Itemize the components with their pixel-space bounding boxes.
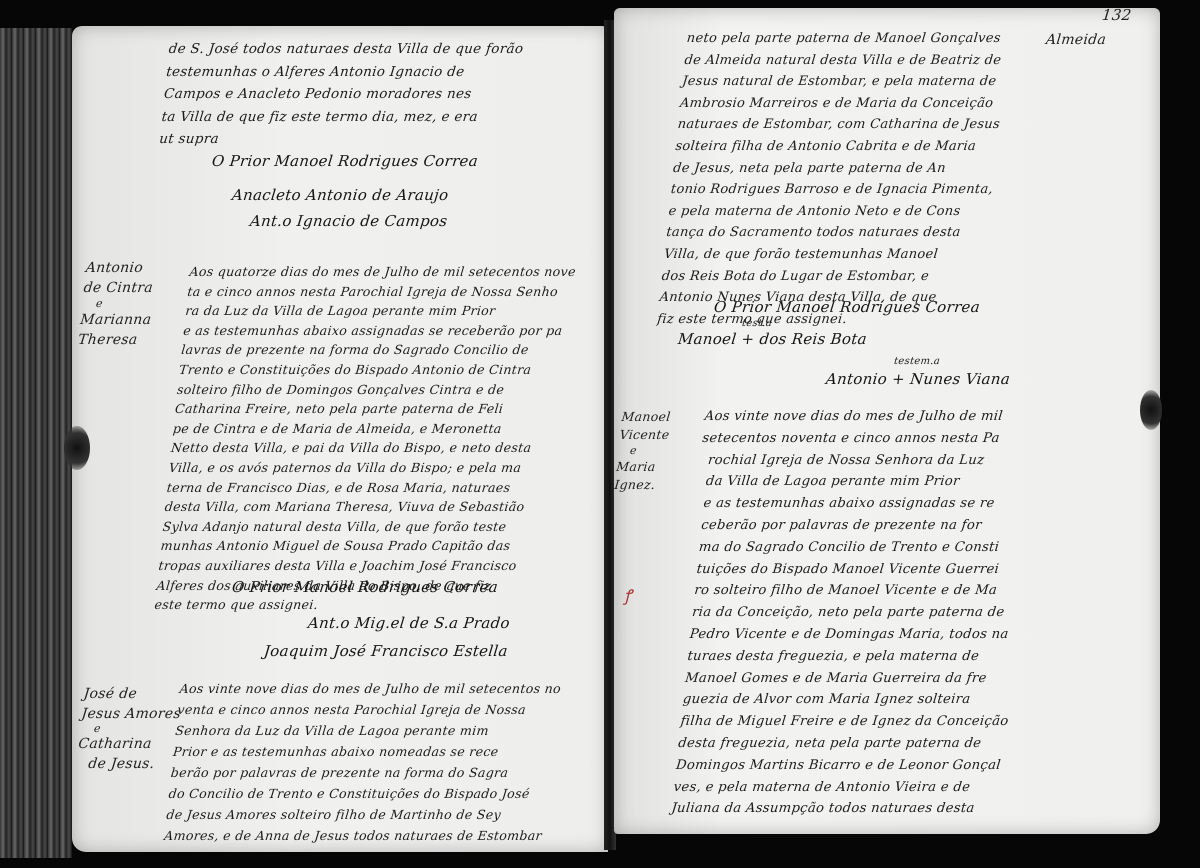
text-line: Catharina Freire, neto pela parte patern… (174, 399, 562, 419)
text-line: ria da Conceição, neto pela parte patern… (683, 602, 1021, 624)
signature: O Prior Manoel Rodrigues Correa (713, 298, 981, 316)
text-line: Aos vinte nove dias do mes de Julho de m… (703, 406, 1041, 428)
right-page: 132 Almeida neto pela parte paterna de M… (614, 8, 1160, 834)
text-line: Pedro Vicente e de Domingas Maria, todos… (681, 624, 1019, 646)
text-line: de S. José todos naturaes desta Villa de… (168, 38, 525, 61)
text-line: berão por palavras de prezente na forma … (170, 762, 554, 783)
margin-name: Catharina (77, 734, 178, 754)
margin-name: de Cintra (83, 278, 156, 298)
text-line: ves, e pela materna de Antonio Vieira e … (665, 777, 1003, 799)
text-line: solteiro filho de Domingos Gonçalves Cin… (176, 380, 564, 400)
margin-names-entry-2: José de Jesus Amores e Catharina de Jesu… (75, 684, 184, 774)
margin-name: e (617, 444, 668, 458)
text-line: do Concilio de Trento e Constituições do… (168, 783, 552, 804)
text-line: tuições do Bispado Manoel Vicente Guerre… (687, 559, 1025, 581)
text-line: Juliana da Assumpção todos naturaes dest… (662, 798, 1000, 820)
text-line: ta e cinco annos nesta Parochial Igreja … (186, 282, 574, 302)
text-line: ro solteiro filho de Manoel Vicente e de… (685, 580, 1023, 602)
margin-name: Vicente (619, 426, 671, 444)
document-scan-viewer: de S. José todos naturaes desta Villa de… (0, 0, 1200, 868)
text-line: Trento e Constituições do Bispado Antoni… (178, 360, 566, 380)
margin-name: Antonio (85, 258, 158, 278)
text-line: testemunhas o Alferes Antonio Ignacio de (165, 61, 522, 84)
text-line: Aos quatorze dias do mes de Julho de mil… (188, 262, 576, 282)
signature-mark-label: testem.a (893, 356, 940, 367)
margin-name: José de (83, 684, 184, 704)
text-line: tonio Rodrigues Barroso e de Ignacia Pim… (670, 179, 994, 201)
margin-name: e (79, 724, 179, 734)
text-line: Campos e Anacleto Pedonio moradores nes (163, 83, 520, 106)
text-line: Amores, e de Anna de Jesus todos naturae… (163, 825, 547, 846)
margin-top-note: Almeida (1045, 30, 1107, 51)
entry-3-body: Aos vinte nove dias do mes de Julho de m… (662, 406, 1041, 820)
signature: Antonio + Nunes Viana (825, 370, 1011, 388)
signature-mark-label: test.a (741, 318, 772, 329)
text-line: e pela materna de Antonio Neto e de Cons (667, 201, 991, 223)
text-line: e as testemunhas abaixo assignadas se re… (182, 321, 570, 341)
text-line: tança do Sacramento todos naturaes desta (665, 222, 989, 244)
text-line: de Jesus, neta pela parte paterna de An (672, 158, 996, 180)
text-line: Domingos Martins Bicarro e de Leonor Gon… (667, 755, 1005, 777)
text-line: lavras de prezente na forma do Sagrado C… (180, 340, 568, 360)
margin-name: de Jesus. (75, 754, 176, 774)
margin-name: e (81, 298, 153, 310)
entry-2-body: Aos vinte nove dias do mes de Julho de m… (163, 678, 562, 846)
margin-name: Ignez. (613, 476, 665, 494)
text-line: venta e cinco annos nesta Parochial Igre… (176, 699, 560, 720)
margin-names-entry-3: Manoel Vicente e Maria Ignez. (613, 408, 672, 494)
text-line: Aos vinte nove dias do mes de Julho de m… (179, 678, 563, 699)
text-line: de Almeida natural desta Villa e de Beat… (683, 50, 1007, 72)
text-line: guezia de Alvor com Maria Ignez solteira (674, 689, 1012, 711)
text-line: setecentos noventa e cinco annos nesta P… (701, 428, 1039, 450)
text-line: neto pela parte paterna de Manoel Gonçal… (686, 28, 1010, 50)
ink-stain (64, 426, 90, 470)
text-line: desta freguezia, neta pela parte paterna… (669, 733, 1007, 755)
text-line: naturaes de Estombar, com Catharina de J… (677, 114, 1001, 136)
text-line: terna de Francisco Dias, e de Rosa Maria… (166, 478, 554, 498)
margin-name: Jesus Amores (81, 704, 182, 724)
margin-name: Theresa (77, 330, 150, 350)
entry-1-body: Aos quatorze dias do mes de Julho de mil… (153, 262, 576, 615)
signature: Ant.o Ignacio de Campos (249, 212, 448, 230)
text-line: ra da Luz da Villa de Lagoa perante mim … (184, 301, 572, 321)
book-spine-edge (0, 28, 72, 858)
left-top-continuation: de S. José todos naturaes desta Villa de… (158, 38, 524, 151)
text-line: desta Villa, com Mariana Theresa, Viuva … (164, 497, 552, 517)
text-line: Villa, e os avós paternos da Villa do Bi… (168, 458, 556, 478)
margin-name: Manoel (621, 408, 673, 426)
text-line: Sylva Adanjo natural desta Villa, de que… (162, 517, 550, 537)
signature: Ant.o Mig.el de S.a Prado (307, 614, 511, 632)
text-line: ma do Sagrado Concilio de Trento e Const… (690, 537, 1028, 559)
signature: Manoel + dos Reis Bota (677, 330, 868, 348)
text-line: Manoel Gomes e de Maria Guerreira da fre (676, 668, 1014, 690)
text-line: e as testemunhas abaixo assignadas se re (694, 493, 1032, 515)
text-line: solteira filha de Antonio Cabrita e de M… (674, 136, 998, 158)
signature: O Prior Manoel Rodrigues Correa (211, 152, 479, 170)
margin-name: Marianna (79, 310, 152, 330)
text-line: munhas Antonio Miguel de Sousa Prado Cap… (160, 536, 548, 556)
text-line: ut supra (158, 128, 515, 151)
text-line: turaes desta freguezia, e pela materna d… (678, 646, 1016, 668)
left-page: de S. José todos naturaes desta Villa de… (72, 26, 608, 852)
signature: Joaquim José Francisco Estella (263, 642, 509, 660)
margin-names-entry-1: Antonio de Cintra e Marianna Theresa (77, 258, 158, 350)
signature: Anacleto Antonio de Araujo (231, 186, 449, 204)
text-line: filha de Miguel Freire e de Ignez da Con… (671, 711, 1009, 733)
text-line: ta Villa de que fiz este termo dia, mez,… (160, 106, 517, 129)
text-line: este termo que assignei. (153, 595, 541, 615)
right-top-continuation: neto pela parte paterna de Manoel Gonçal… (656, 28, 1010, 330)
text-line: tropas auxiliares desta Villa e Joachim … (158, 556, 546, 576)
signature: O Prior Manoel Rodrigues Correa (231, 578, 499, 596)
text-line: ceberão por palavras de prezente na for (692, 515, 1030, 537)
text-line: Villa, de que forão testemunhas Manoel (663, 244, 987, 266)
text-line: Ambrosio Marreiros e de Maria da Conceiç… (679, 93, 1003, 115)
text-line: de Jesus Amores solteiro filho de Martin… (165, 804, 549, 825)
text-line: rochial Igreja de Nossa Senhora da Luz (699, 450, 1037, 472)
ink-stain (1140, 390, 1162, 430)
text-line: Prior e as testemunhas abaixo nomeadas s… (172, 741, 556, 762)
text-line: Jesus natural de Estombar, e pela matern… (681, 71, 1005, 93)
red-annotation-mark: ꝭ (624, 584, 632, 606)
text-line: Netto desta Villa, e pai da Villa do Bis… (170, 438, 558, 458)
margin-name: Maria (615, 458, 667, 476)
text-line: da Villa de Lagoa perante mim Prior (697, 471, 1035, 493)
text-line: dos Reis Bota do Lugar de Estombar, e (661, 266, 985, 288)
text-line: pe de Cintra e de Maria de Almeida, e Me… (172, 419, 560, 439)
folio-number: 132 (1101, 6, 1132, 24)
text-line: Senhora da Luz da Villa de Lagoa perante… (174, 720, 558, 741)
